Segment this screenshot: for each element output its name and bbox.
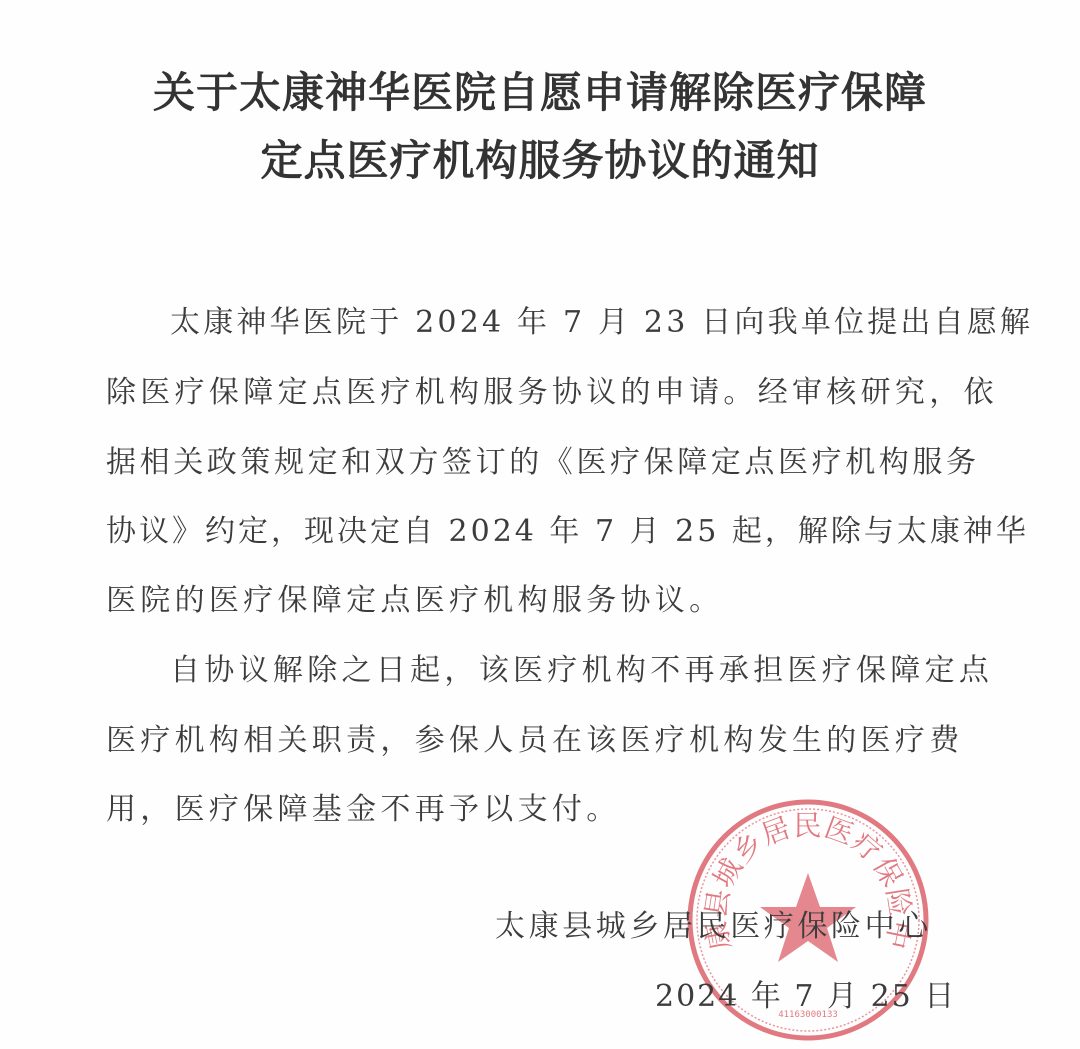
body-line: 医院的医疗保障定点医疗机构服务协议。 <box>106 586 723 616</box>
document-title-line-2: 定点医疗机构服务协议的通知 <box>0 140 1080 182</box>
document-title-line-1: 关于太康神华医院自愿申请解除医疗保障 <box>0 72 1080 114</box>
body-line: 协议》约定，现决定自 2024 年 7 月 25 起，解除与太康神华 <box>106 517 1029 547</box>
signature-date: 2024 年 7 月 25 日 <box>655 982 956 1012</box>
document-page: 关于太康神华医院自愿申请解除医疗保障 定点医疗机构服务协议的通知 太康神华医院于… <box>0 0 1080 1049</box>
body-line: 据相关政策规定和双方签订的《医疗保障定点医疗机构服务 <box>106 448 980 478</box>
body-line: 除医疗保障定点医疗机构服务协议的申请。经审核研究，依 <box>106 378 998 408</box>
body-line: 医疗机构相关职责，参保人员在该医疗机构发生的医疗费 <box>106 726 964 756</box>
signature-organization: 太康县城乡居民医疗保险中心 <box>495 912 932 942</box>
body-line: 太康神华医院于 2024 年 7 月 23 日向我单位提出自愿解 <box>170 308 1033 338</box>
body-line: 自协议解除之日起，该医疗机构不再承担医疗保障定点 <box>170 656 993 686</box>
body-line: 用，医疗保障基金不再予以支付。 <box>106 795 621 825</box>
